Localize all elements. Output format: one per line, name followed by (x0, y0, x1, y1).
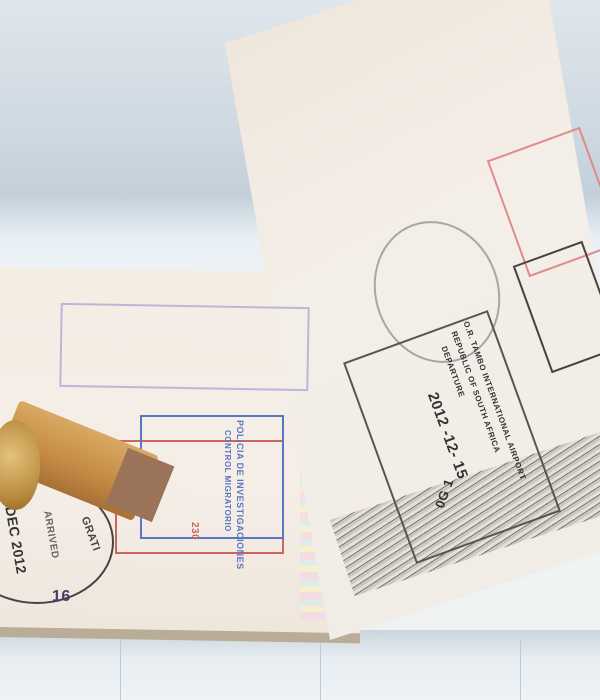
map-gridline (120, 640, 121, 700)
passport-photo: POLICIA DE INVESTIGACIONES CONTROL MIGRA… (0, 0, 600, 700)
page-number: 16 (52, 588, 71, 606)
map-gridline (320, 640, 321, 700)
blue-stamp-line1: POLICIA DE INVESTIGACIONES (235, 420, 245, 570)
faded-purple-stamp (59, 303, 309, 391)
red-stamp-code: 230 (189, 522, 200, 540)
blue-stamp-line2: CONTROL MIGRATORIO (223, 430, 232, 532)
map-gridline (520, 640, 521, 700)
